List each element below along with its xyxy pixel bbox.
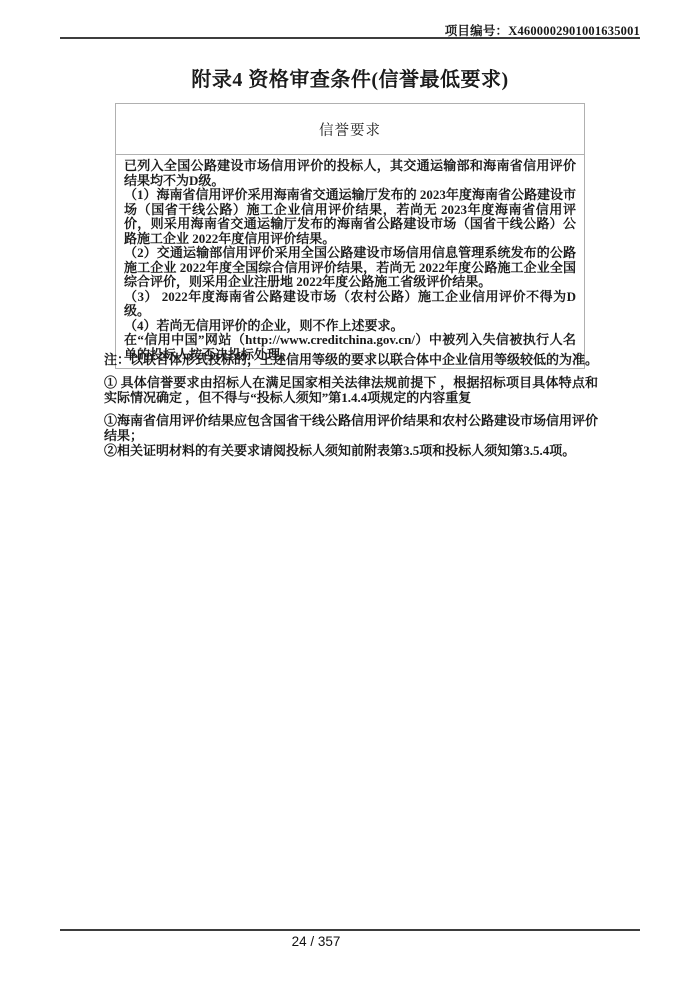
note-joint-venture: 注：以联合体形式投标的，上述信用等级的要求以联合体中企业信用等级较低的为准。: [104, 352, 598, 367]
credit-paragraph: （3） 2022年度海南省公路建设市场（农村公路）施工企业信用评价不得为D级。: [124, 290, 576, 319]
note-supporting-materials: ②相关证明材料的有关要求请阅投标人须知前附表第3.5项和投标人须知第3.5.4项…: [104, 443, 598, 458]
table-body-row: 已列入全国公路建设市场信用评价的投标人，其交通运输部和海南省信用评价结果均不为D…: [116, 155, 585, 369]
credit-paragraph: （4）若尚无信用评价的企业，则不作上述要求。: [124, 319, 576, 334]
table-header-cell: 信誉要求: [116, 104, 585, 155]
table-header-row: 信誉要求: [116, 104, 585, 155]
notes-section: 注：以联合体形式投标的，上述信用等级的要求以联合体中企业信用等级较低的为准。 ①…: [104, 352, 598, 458]
page-number: 24 / 357: [0, 934, 632, 949]
note-specific-requirement: ① 具体信誉要求由招标人在满足国家相关法律法规前提下 ，根据招标项目具体特点和实…: [104, 375, 598, 405]
credit-paragraph: （2）交通运输部信用评价采用全国公路建设市场信用信息管理系统发布的公路施工企业 …: [124, 246, 576, 290]
credit-paragraph: 已列入全国公路建设市场信用评价的投标人，其交通运输部和海南省信用评价结果均不为D…: [124, 159, 576, 188]
page-title: 附录4 资格审查条件(信誉最低要求): [0, 63, 700, 92]
table-body-cell: 已列入全国公路建设市场信用评价的投标人，其交通运输部和海南省信用评价结果均不为D…: [116, 155, 585, 369]
document-page: 项目编号：X4600002901001635001 附录4 资格审查条件(信誉最…: [0, 0, 700, 989]
footer-rule: [60, 929, 640, 931]
credit-requirements-table: 信誉要求 已列入全国公路建设市场信用评价的投标人，其交通运输部和海南省信用评价结…: [115, 103, 585, 369]
note-hainan-evaluation: ①海南省信用评价结果应包含国省干线公路信用评价结果和农村公路建设市场信用评价结果…: [104, 413, 598, 443]
header-rule: [60, 37, 640, 39]
credit-paragraph: （1）海南省信用评价采用海南省交通运输厅发布的 2023年度海南省公路建设市场（…: [124, 188, 576, 246]
